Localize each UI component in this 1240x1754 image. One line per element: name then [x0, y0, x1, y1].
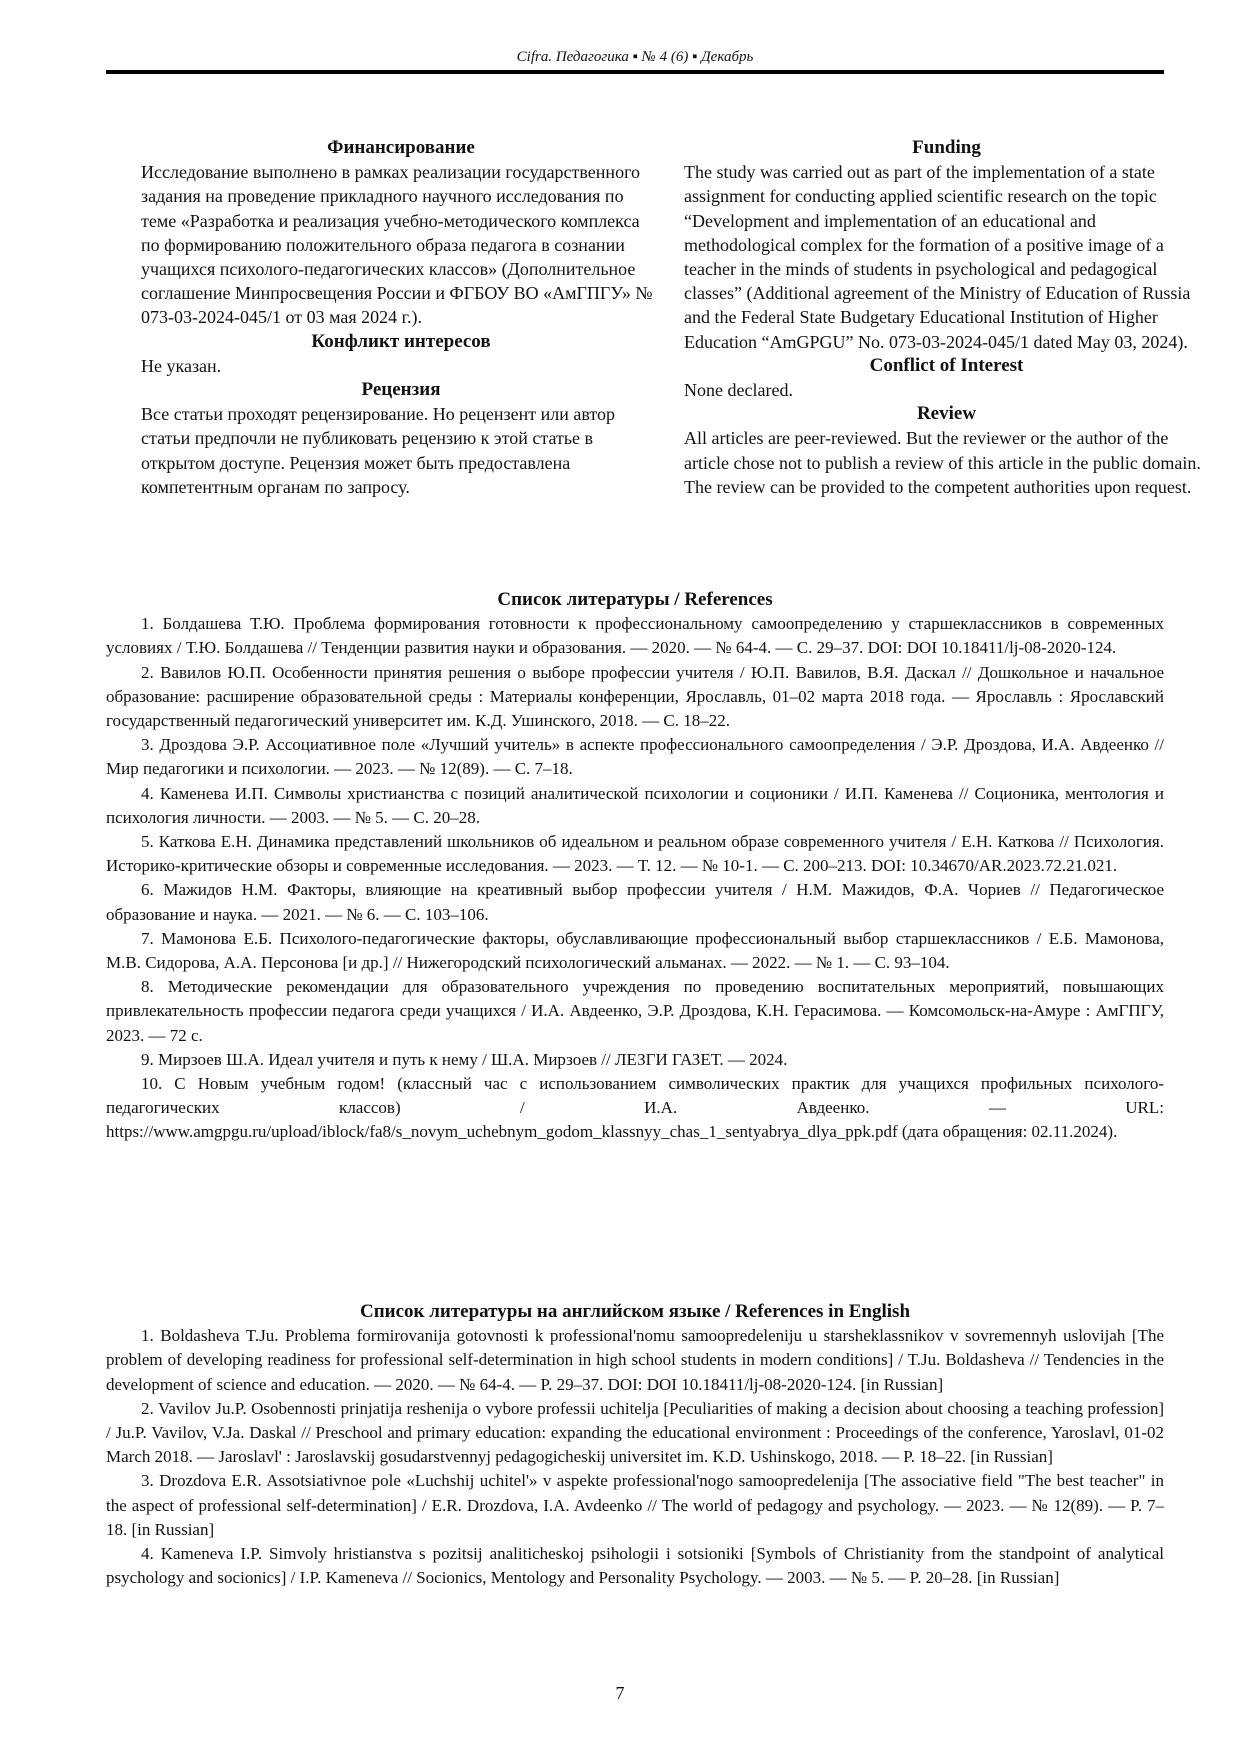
reference-item: 4. Каменева И.П. Символы христианства с … — [106, 782, 1164, 830]
references-list-ru: 1. Болдашева Т.Ю. Проблема формирования … — [106, 612, 1164, 1144]
conflict-text-ru: Не указан. — [141, 354, 661, 378]
reference-item: 9. Мирзоев Ш.А. Идеал учителя и путь к н… — [106, 1048, 1164, 1072]
review-text-ru: Все статьи проходят рецензирование. Но р… — [141, 402, 661, 499]
reference-item: 2. Vavilov Ju.P. Osobennosti prinjatija … — [106, 1397, 1164, 1470]
page-number: 7 — [0, 1683, 1240, 1704]
reference-item: 4. Kameneva I.P. Simvoly hristianstva s … — [106, 1542, 1164, 1590]
funding-text-en: The study was carried out as part of the… — [684, 160, 1209, 354]
reference-item: 8. Методические рекомендации для образов… — [106, 975, 1164, 1048]
reference-item: 1. Болдашева Т.Ю. Проблема формирования … — [106, 612, 1164, 660]
references-heading-en: Список литературы на английском языке / … — [106, 1300, 1164, 1324]
header-rule — [106, 70, 1164, 74]
reference-item: 3. Drozdova E.R. Assotsiativnoe pole «Lu… — [106, 1469, 1164, 1542]
review-text-en: All articles are peer-reviewed. But the … — [684, 426, 1209, 499]
references-english: Список литературы на английском языке / … — [106, 1300, 1164, 1590]
references-list-en: 1. Boldasheva T.Ju. Problema formirovani… — [106, 1324, 1164, 1590]
reference-item: 1. Boldasheva T.Ju. Problema formirovani… — [106, 1324, 1164, 1397]
reference-item: 6. Мажидов Н.М. Факторы, влияющие на кре… — [106, 878, 1164, 926]
reference-item: 2. Вавилов Ю.П. Особенности принятия реш… — [106, 661, 1164, 734]
review-heading-ru: Рецензия — [141, 378, 661, 402]
funding-heading-ru: Финансирование — [141, 136, 661, 160]
declarations-english: Funding The study was carried out as par… — [684, 136, 1209, 499]
conflict-heading-en: Conflict of Interest — [684, 354, 1209, 378]
reference-item: 3. Дроздова Э.Р. Ассоциативное поле «Луч… — [106, 733, 1164, 781]
references-heading-ru: Список литературы / References — [106, 588, 1164, 612]
review-heading-en: Review — [684, 402, 1209, 426]
funding-text-ru: Исследование выполнено в рамках реализац… — [141, 160, 661, 329]
reference-item: 5. Каткова Е.Н. Динамика представлений ш… — [106, 830, 1164, 878]
references-russian: Список литературы / References 1. Болдаш… — [106, 588, 1164, 1145]
conflict-heading-ru: Конфликт интересов — [141, 330, 661, 354]
funding-heading-en: Funding — [684, 136, 1209, 160]
declarations-russian: Финансирование Исследование выполнено в … — [141, 136, 661, 499]
reference-item: 7. Мамонова Е.Б. Психолого-педагогически… — [106, 927, 1164, 975]
running-head: Cifra. Педагогика ▪ № 4 (6) ▪ Декабрь — [106, 48, 1164, 66]
reference-item-with-link[interactable]: 10. С Новым учебным годом! (классный час… — [106, 1072, 1164, 1145]
conflict-text-en: None declared. — [684, 378, 1209, 402]
